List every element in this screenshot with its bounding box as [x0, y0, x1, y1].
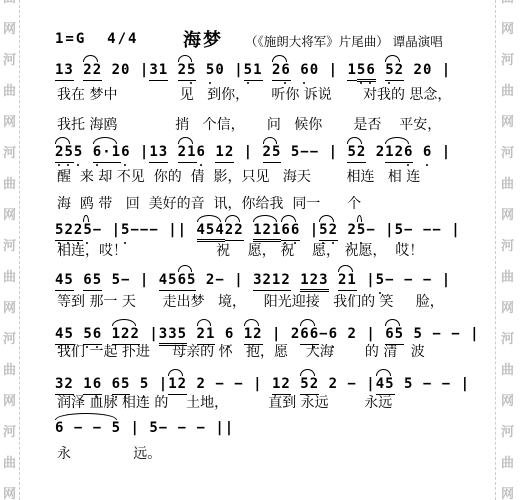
music-token: −−−: [130, 222, 158, 241]
music-token: 5: [140, 376, 149, 395]
music-token: |: [102, 222, 121, 241]
watermark-char: 河: [501, 333, 514, 346]
music-token: |: [357, 376, 376, 395]
music-token: 60: [300, 62, 319, 81]
watermark-char: 曲: [501, 457, 514, 470]
watermark-char: 网: [3, 302, 16, 315]
music-token: 12: [168, 376, 187, 395]
music-token: |: [244, 376, 272, 395]
music-line: 255 6·16 |13 216 12 | 25 5−− | 52 2126 6…: [55, 144, 451, 163]
music-token: [244, 222, 253, 241]
music-token: [102, 62, 111, 81]
watermark-char: 河: [3, 333, 16, 346]
music-token: |: [432, 272, 451, 291]
key-signature: 1=G 4/4: [55, 31, 138, 47]
watermark-char: 网: [501, 209, 514, 222]
watermark-char: 网: [3, 23, 16, 36]
music-token: 22: [83, 62, 102, 81]
watermark-char: 网: [501, 395, 514, 408]
music-token: |: [121, 420, 149, 439]
watermark-char: 河: [501, 54, 514, 67]
music-token: [74, 326, 83, 345]
music-token: |: [357, 326, 385, 345]
music-token: 20: [414, 62, 433, 81]
music-token: 25: [178, 62, 197, 81]
music-token: − − −: [385, 272, 432, 291]
music-token: 6: [423, 144, 432, 163]
music-token: 20: [112, 62, 131, 81]
watermark-char: 网: [501, 23, 514, 36]
music-token: 25: [55, 144, 74, 163]
music-token: |: [149, 376, 168, 395]
music-token: [281, 144, 290, 163]
sheet-music-page: 曲网河曲网河曲网河曲网河曲网河曲网曲网河曲网河曲网河曲网河曲网河曲网 1=G 4…: [0, 0, 520, 500]
watermark-char: 网: [3, 209, 16, 222]
music-token: 31: [149, 62, 168, 81]
music-line: 45 65 5− | 4565 2− | 3212 123 21 |5− − −…: [55, 272, 451, 292]
music-token: [366, 144, 375, 163]
music-token: 12: [244, 326, 263, 345]
music-token: 2 −: [329, 376, 357, 395]
music-token: 2 − −: [197, 376, 244, 395]
music-token: 122: [112, 326, 140, 345]
music-token: 5: [357, 222, 366, 241]
music-token: [196, 62, 205, 81]
music-token: 1: [347, 62, 356, 81]
song-credit: （《施朗大将军》片尾曲） 谭晶演唱: [245, 32, 443, 50]
music-token: 25: [263, 144, 282, 163]
music-token: 56: [357, 62, 376, 82]
music-token: |: [461, 326, 480, 345]
music-token: 12: [215, 144, 234, 163]
music-token: [83, 144, 92, 163]
song-title: 海梦: [183, 26, 223, 52]
music-token: |: [319, 144, 347, 163]
music-token: [102, 272, 111, 291]
music-token: [102, 376, 111, 395]
music-token: −: [93, 222, 102, 241]
lyric-line: 相连，哎！ 祝 愿， 祝 愿， 祝愿， 哎！: [57, 244, 423, 258]
music-token: 12: [272, 376, 291, 395]
watermark-char: 河: [3, 240, 16, 253]
watermark-char: 河: [3, 54, 16, 67]
music-token: ||: [159, 222, 197, 241]
music-token: 5− − −: [149, 420, 206, 439]
watermark-char: 网: [501, 488, 514, 500]
music-token: −: [319, 326, 328, 345]
music-token: 6: [329, 326, 338, 345]
music-token: [102, 326, 111, 345]
music-token: 50: [206, 62, 225, 81]
music-token: 522: [55, 222, 83, 241]
music-token: 16: [83, 376, 102, 395]
watermark-char: 曲: [3, 178, 16, 191]
music-token: [206, 144, 215, 163]
watermark-char: 河: [3, 426, 16, 439]
lyric-line: 我托 海鸥 捎 个信， 问 候你 是否 平安，: [57, 118, 441, 132]
watermark-char: 河: [501, 426, 514, 439]
music-token: [168, 144, 177, 163]
music-token: 13: [149, 144, 168, 163]
music-token: 6 − − 5: [55, 420, 121, 439]
music-token: [187, 326, 196, 345]
watermark-char: 网: [501, 302, 514, 315]
music-token: [404, 326, 413, 345]
music-token: |: [131, 144, 150, 163]
music-token: [168, 62, 177, 81]
music-token: [263, 62, 272, 81]
watermark-char: 网: [501, 116, 514, 129]
watermark-char: 河: [3, 147, 16, 160]
music-token: [319, 376, 328, 395]
music-token: |: [432, 62, 451, 81]
music-token: [376, 62, 385, 81]
watermark-char: 网: [3, 488, 16, 500]
music-token: [74, 272, 83, 291]
music-token: 5: [395, 222, 404, 241]
music-token: 65: [385, 326, 404, 345]
music-token: |: [225, 272, 253, 291]
music-token: |: [432, 144, 451, 163]
watermark-char: 网: [3, 116, 16, 129]
music-token: 5: [121, 222, 130, 241]
music-token: [291, 62, 300, 81]
music-token: 21: [197, 326, 216, 345]
music-line: 32 16 65 5 |12 2 − − | 12 52 2 − |45 5 −…: [55, 376, 470, 395]
lyric-line: 永 远。: [57, 447, 161, 461]
left-dashed-border: [19, 0, 20, 500]
music-token: |: [376, 222, 395, 241]
music-token: |: [442, 222, 461, 241]
watermark-char: 曲: [501, 271, 514, 284]
music-token: 5: [83, 222, 92, 241]
music-token: 32: [253, 272, 272, 291]
music-token: 123: [300, 272, 328, 292]
watermark-char: 曲: [501, 364, 514, 377]
music-token: |: [225, 62, 244, 81]
music-token: 52: [319, 222, 338, 241]
music-token: 6: [225, 326, 234, 345]
music-token: 66: [300, 326, 319, 345]
music-token: 5 − −: [413, 326, 460, 345]
music-token: 21: [178, 144, 197, 163]
music-token: |: [300, 222, 319, 241]
music-token: 2: [338, 326, 357, 345]
music-token: 5: [376, 272, 385, 291]
lyric-line: 醒 来 却 不见 你的 倩 影，只见 海天 相连 相 连: [57, 170, 420, 184]
music-token: 45: [55, 272, 74, 291]
music-token: −: [366, 222, 375, 241]
right-dashed-border: [495, 0, 496, 500]
music-token: 6·1: [93, 144, 121, 163]
music-token: 454: [197, 222, 225, 242]
music-token: 13: [55, 62, 74, 81]
music-token: 126: [385, 144, 413, 163]
lyric-line: 我们 一起 扑进 母亲的 怀 抱，愿 大海 的 清 波: [57, 345, 425, 359]
music-token: 66: [281, 222, 300, 241]
lyric-line: 海 鸥 带 回 美好的音 讯，你给我 同一 个: [57, 197, 361, 211]
music-token: 121: [253, 222, 281, 242]
music-line: 13 22 20 |31 25 50 |51 26 60 | 156 52 20…: [55, 62, 451, 82]
music-token: |: [234, 144, 262, 163]
music-token: |: [319, 62, 347, 81]
music-token: 52: [300, 376, 319, 395]
music-token: 65: [178, 272, 197, 291]
music-token: [130, 376, 139, 395]
music-token: 2: [376, 144, 385, 163]
music-token: 65: [112, 376, 131, 395]
music-token: [291, 376, 300, 395]
music-token: 45: [376, 376, 395, 395]
music-token: 26: [272, 62, 291, 81]
music-token: 32: [55, 376, 74, 395]
watermark-char: 河: [501, 147, 514, 160]
music-token: 5 − −: [404, 376, 451, 395]
music-token: 22: [225, 222, 244, 241]
watermark-char: 曲: [501, 85, 514, 98]
music-token: 2−: [206, 272, 225, 291]
music-token: [329, 272, 338, 291]
lyric-line: 我在 梦中 见 到你， 听你 诉说 对我的 思念，: [57, 88, 451, 102]
music-token: [291, 272, 300, 291]
music-token: |: [263, 326, 291, 345]
watermark-char: 曲: [3, 85, 16, 98]
music-token: ||: [206, 420, 234, 439]
music-token: 6: [121, 144, 130, 163]
lyric-line: 润泽 血脉 相连 的 土地， 直到 永远 永远: [57, 396, 392, 410]
watermark-char: 曲: [3, 0, 16, 5]
music-token: [74, 62, 83, 81]
music-token: 12: [272, 272, 291, 291]
music-token: 52: [347, 144, 366, 163]
music-token: |: [130, 272, 158, 291]
music-token: [338, 222, 347, 241]
music-token: 2: [291, 326, 300, 345]
watermark-char: 网: [3, 395, 16, 408]
watermark-char: 河: [501, 240, 514, 253]
music-token: |: [140, 326, 159, 345]
music-token: 5: [74, 144, 83, 163]
lyric-line: 等到 那一 天 走出梦 境， 阳光迎接 我们的 笑 脸，: [57, 295, 444, 309]
music-token: 5−: [112, 272, 131, 291]
music-token: [404, 62, 413, 81]
watermark-char: 曲: [3, 271, 16, 284]
music-token: 65: [83, 272, 102, 291]
music-token: 52: [385, 62, 404, 81]
music-token: [74, 376, 83, 395]
music-token: [187, 376, 196, 395]
music-token: [215, 326, 224, 345]
watermark-char: 曲: [501, 178, 514, 191]
music-token: − −−: [404, 222, 442, 241]
music-token: 45: [159, 272, 178, 291]
music-token: [234, 326, 243, 345]
music-token: 45: [55, 326, 74, 345]
watermark-char: 曲: [501, 0, 514, 5]
music-token: [413, 144, 422, 163]
music-token: [196, 272, 205, 291]
music-token: 5−−: [291, 144, 319, 163]
watermark-char: 曲: [3, 457, 16, 470]
music-line: 5225− |5−−− || 45422 12166 |52 25− |5− −…: [55, 222, 461, 242]
music-token: 51: [244, 62, 263, 81]
music-token: |: [451, 376, 470, 395]
music-token: |: [130, 62, 149, 81]
watermark-char: 曲: [3, 364, 16, 377]
music-token: [395, 376, 404, 395]
music-token: |: [357, 272, 376, 291]
music-line: 6 − − 5 | 5− − − ||: [55, 420, 234, 439]
music-token: 2: [347, 222, 356, 241]
music-token: 21: [338, 272, 357, 291]
music-token: 56: [83, 326, 102, 345]
music-token: 6: [197, 144, 206, 163]
